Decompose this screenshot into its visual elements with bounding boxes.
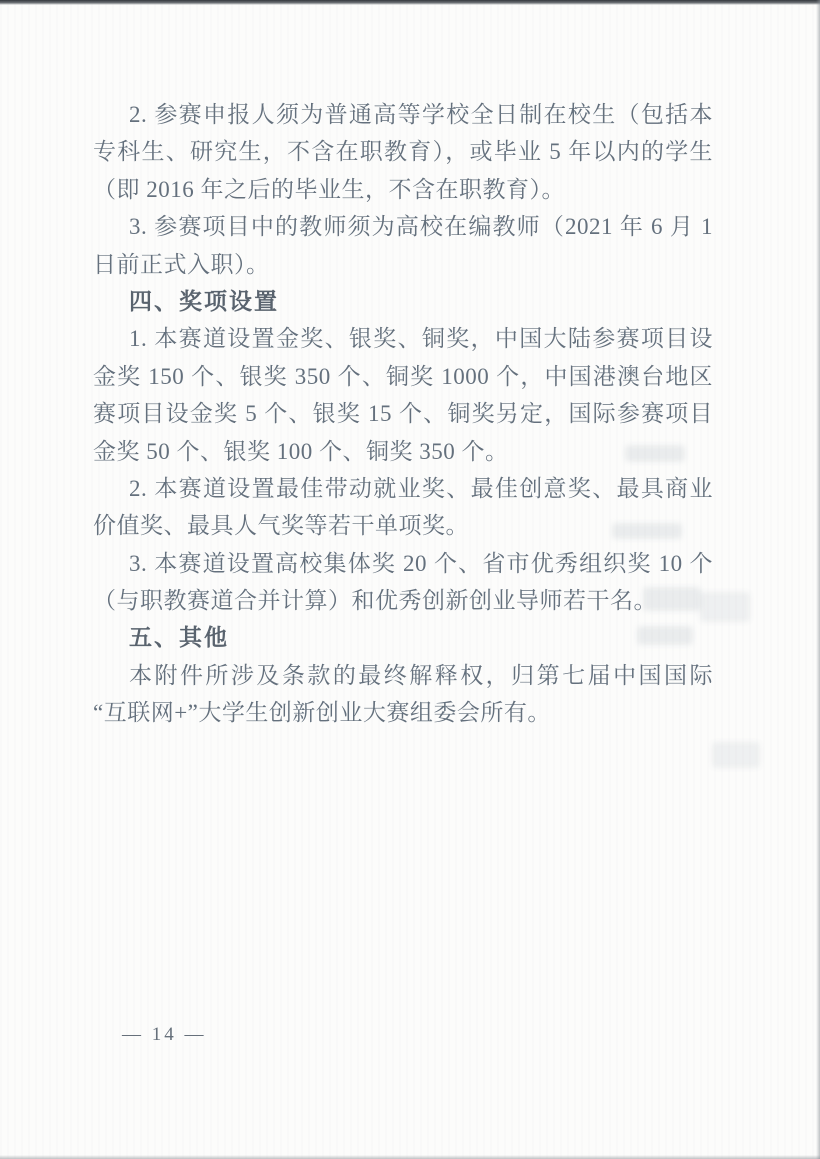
document-body: 2. 参赛申报人须为普通高等学校全日制在校生（包括本 专科生、研究生，不含在职教… — [93, 96, 713, 732]
bleedthrough-smudge — [612, 523, 682, 539]
section-heading-others: 五、其他 — [93, 619, 713, 656]
section-heading-awards: 四、奖项设置 — [93, 283, 713, 320]
text-line: 3. 参赛项目中的教师须为高校在编教师（2021 年 6 月 1 — [93, 208, 713, 245]
bleedthrough-smudge — [625, 445, 685, 462]
text-line: 赛项目设金奖 5 个、银奖 15 个、铜奖另定，国际参赛项目设 — [93, 395, 713, 432]
bleedthrough-smudge — [700, 592, 750, 622]
bleedthrough-smudge — [643, 587, 701, 611]
footer-page-number: — 14 — — [122, 1024, 207, 1046]
text-line: 金奖 50 个、银奖 100 个、铜奖 350 个。 — [93, 433, 713, 470]
text-line: （即 2016 年之后的毕业生，不含在职教育）。 — [93, 171, 713, 208]
scan-right-edge-artifact — [816, 0, 820, 1159]
scan-top-edge-artifact — [0, 0, 820, 5]
text-line: 2. 参赛申报人须为普通高等学校全日制在校生（包括本 — [93, 96, 713, 133]
text-line: 本附件所涉及条款的最终解释权，归第七届中国国际 — [93, 657, 713, 694]
text-line: 日前正式入职）。 — [93, 246, 713, 283]
text-line: 2. 本赛道设置最佳带动就业奖、最佳创意奖、最具商业 — [93, 470, 713, 507]
scanned-document-page: 2. 参赛申报人须为普通高等学校全日制在校生（包括本 专科生、研究生，不含在职教… — [0, 0, 820, 1159]
text-line: 3. 本赛道设置高校集体奖 20 个、省市优秀组织奖 10 个 — [93, 545, 713, 582]
text-line: “互联网+”大学生创新创业大赛组委会所有。 — [93, 694, 713, 731]
text-line: 专科生、研究生，不含在职教育），或毕业 5 年以内的学生 — [93, 133, 713, 170]
bleedthrough-smudge — [712, 742, 760, 768]
text-line: 1. 本赛道设置金奖、银奖、铜奖，中国大陆参赛项目设 — [93, 320, 713, 357]
bleedthrough-smudge — [637, 626, 693, 645]
text-line: 金奖 150 个、银奖 350 个、铜奖 1000 个，中国港澳台地区参 — [93, 358, 713, 395]
scan-bottom-edge-artifact — [0, 1155, 820, 1159]
text-line: （与职教赛道合并计算）和优秀创新创业导师若干名。 — [93, 582, 713, 619]
